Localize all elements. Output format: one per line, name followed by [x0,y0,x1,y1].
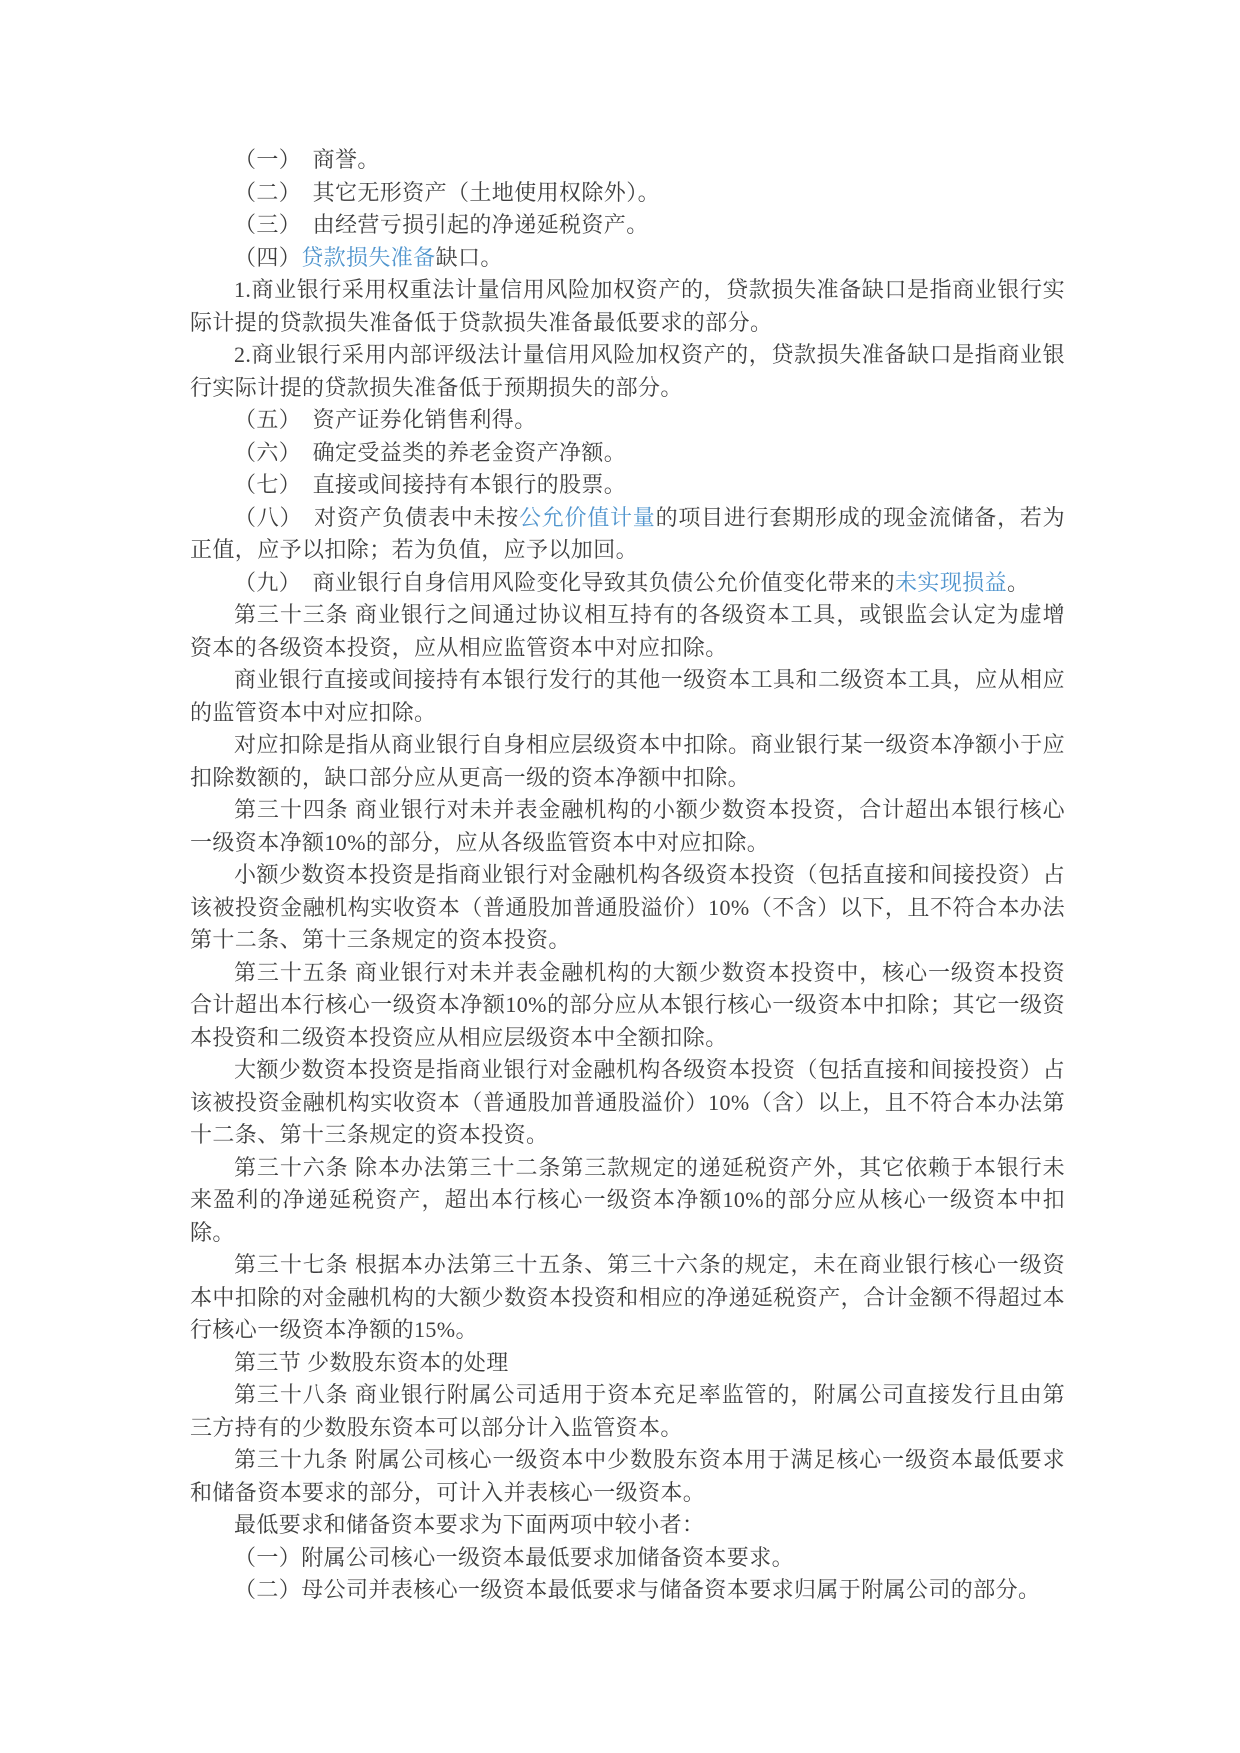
text-segment: 小额少数资本投资是指商业银行对金融机构各级资本投资（包括直接和间接投资）占该被投… [190,862,1065,952]
text-segment: 缺口。 [436,245,503,270]
paragraph: （九） 商业银行自身信用风险变化导致其负债公允价值变化带来的未实现损益。 [190,567,1065,600]
document-content: （一） 商誉。（二） 其它无形资产（土地使用权除外）。（三） 由经营亏损引起的净… [190,144,1065,1607]
paragraph: 2.商业银行采用内部评级法计量信用风险加权资产的，贷款损失准备缺口是指商业银行实… [190,339,1065,404]
text-segment: （四） [234,245,301,270]
text-segment: 第三十三条 商业银行之间通过协议相互持有的各级资本工具，或银监会认定为虚增资本的… [190,602,1065,660]
paragraph: 第三十九条 附属公司核心一级资本中少数股东资本用于满足核心一级资本最低要求和储备… [190,1444,1065,1509]
text-segment: 最低要求和储备资本要求为下面两项中较小者： [234,1512,704,1537]
text-segment: 大额少数资本投资是指商业银行对金融机构各级资本投资（包括直接和间接投资）占该被投… [190,1057,1065,1147]
paragraph: 第三十七条 根据本办法第三十五条、第三十六条的规定，未在商业银行核心一级资本中扣… [190,1249,1065,1347]
text-segment: （二） 其它无形资产（土地使用权除外）。 [234,180,660,205]
term-link[interactable]: 公允价值计量 [519,505,656,530]
paragraph: （八） 对资产负债表中未按公允价值计量的项目进行套期形成的现金流储备，若为正值，… [190,502,1065,567]
paragraph: （一）附属公司核心一级资本最低要求加储备资本要求。 [190,1542,1065,1575]
document-page: （一） 商誉。（二） 其它无形资产（土地使用权除外）。（三） 由经营亏损引起的净… [0,0,1240,1753]
text-segment: （一）附属公司核心一级资本最低要求加储备资本要求。 [234,1545,794,1570]
paragraph: （二）母公司并表核心一级资本最低要求与储备资本要求归属于附属公司的部分。 [190,1574,1065,1607]
text-segment: （六） 确定受益类的养老金资产净额。 [234,440,626,465]
text-segment: 第三十八条 商业银行附属公司适用于资本充足率监管的，附属公司直接发行且由第三方持… [190,1382,1065,1440]
text-segment: （一） 商誉。 [234,147,380,172]
paragraph: （一） 商誉。 [190,144,1065,177]
paragraph: （四）贷款损失准备缺口。 [190,242,1065,275]
text-segment: 对应扣除是指从商业银行自身相应层级资本中扣除。商业银行某一级资本净额小于应扣除数… [190,732,1065,790]
term-link[interactable]: 贷款损失准备 [301,245,435,270]
text-segment: 第三十六条 除本办法第三十二条第三款规定的递延税资产外，其它依赖于本银行未来盈利… [190,1155,1065,1245]
paragraph: 第三十三条 商业银行之间通过协议相互持有的各级资本工具，或银监会认定为虚增资本的… [190,599,1065,664]
paragraph: （二） 其它无形资产（土地使用权除外）。 [190,177,1065,210]
text-segment: 2.商业银行采用内部评级法计量信用风险加权资产的，贷款损失准备缺口是指商业银行实… [190,342,1065,400]
paragraph: 第三十八条 商业银行附属公司适用于资本充足率监管的，附属公司直接发行且由第三方持… [190,1379,1065,1444]
text-segment: （九） 商业银行自身信用风险变化导致其负债公允价值变化带来的 [234,570,895,595]
paragraph: 对应扣除是指从商业银行自身相应层级资本中扣除。商业银行某一级资本净额小于应扣除数… [190,729,1065,794]
paragraph: （七） 直接或间接持有本银行的股票。 [190,469,1065,502]
text-segment: 商业银行直接或间接持有本银行发行的其他一级资本工具和二级资本工具，应从相应的监管… [190,667,1065,725]
paragraph: （六） 确定受益类的养老金资产净额。 [190,437,1065,470]
text-segment: 第三节 少数股东资本的处理 [234,1350,509,1375]
text-segment: （八） 对资产负债表中未按 [234,505,519,530]
paragraph: 第三十四条 商业银行对未并表金融机构的小额少数资本投资，合计超出本银行核心一级资… [190,794,1065,859]
text-segment: （二）母公司并表核心一级资本最低要求与储备资本要求归属于附属公司的部分。 [234,1577,1040,1602]
text-segment: （三） 由经营亏损引起的净递延税资产。 [234,212,649,237]
paragraph: 大额少数资本投资是指商业银行对金融机构各级资本投资（包括直接和间接投资）占该被投… [190,1054,1065,1152]
paragraph: 第三十五条 商业银行对未并表金融机构的大额少数资本投资中，核心一级资本投资合计超… [190,957,1065,1055]
paragraph: （五） 资产证券化销售利得。 [190,404,1065,437]
paragraph: 第三十六条 除本办法第三十二条第三款规定的递延税资产外，其它依赖于本银行未来盈利… [190,1152,1065,1250]
text-segment: 第三十七条 根据本办法第三十五条、第三十六条的规定，未在商业银行核心一级资本中扣… [190,1252,1065,1342]
paragraph: （三） 由经营亏损引起的净递延税资产。 [190,209,1065,242]
text-segment: 第三十四条 商业银行对未并表金融机构的小额少数资本投资，合计超出本银行核心一级资… [190,797,1065,855]
paragraph: 1.商业银行采用权重法计量信用风险加权资产的，贷款损失准备缺口是指商业银行实际计… [190,274,1065,339]
term-link[interactable]: 未实现损益 [895,570,1007,595]
text-segment: 第三十九条 附属公司核心一级资本中少数股东资本用于满足核心一级资本最低要求和储备… [190,1447,1065,1505]
text-segment: 。 [1007,570,1029,595]
paragraph: 小额少数资本投资是指商业银行对金融机构各级资本投资（包括直接和间接投资）占该被投… [190,859,1065,957]
text-segment: （七） 直接或间接持有本银行的股票。 [234,472,626,497]
paragraph: 最低要求和储备资本要求为下面两项中较小者： [190,1509,1065,1542]
text-segment: （五） 资产证券化销售利得。 [234,407,537,432]
text-segment: 第三十五条 商业银行对未并表金融机构的大额少数资本投资中，核心一级资本投资合计超… [190,960,1065,1050]
paragraph: 商业银行直接或间接持有本银行发行的其他一级资本工具和二级资本工具，应从相应的监管… [190,664,1065,729]
text-segment: 1.商业银行采用权重法计量信用风险加权资产的，贷款损失准备缺口是指商业银行实际计… [190,277,1065,335]
paragraph: 第三节 少数股东资本的处理 [190,1347,1065,1380]
